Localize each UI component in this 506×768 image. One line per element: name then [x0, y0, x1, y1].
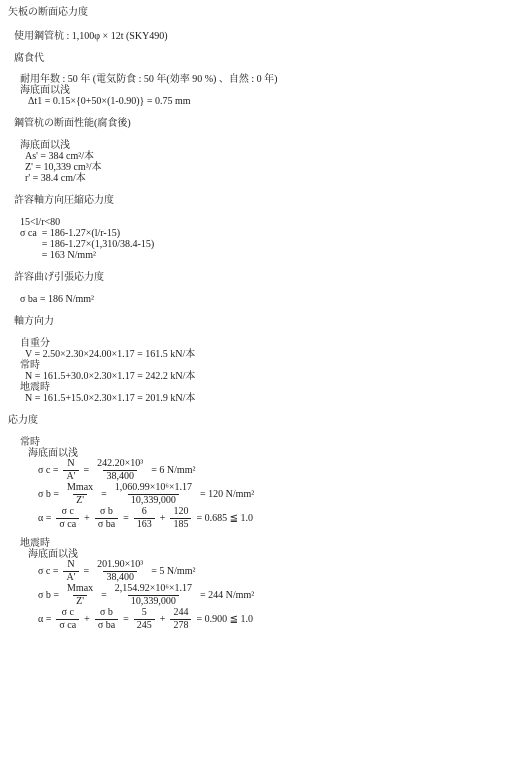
formula-text: +: [160, 614, 166, 625]
axial-force-heading: 軸方向力: [0, 316, 506, 327]
calculation-sheet: 矢板の断面応力度 使用鋼管杭 : 1,100φ × 12t (SKY490) 腐…: [0, 0, 506, 768]
axial-force-selfweight-label: 自重分: [0, 338, 506, 349]
corrosion-heading: 腐食代: [0, 53, 506, 64]
fraction-denominator: A': [63, 571, 78, 583]
fraction: 120185: [170, 507, 191, 530]
fraction-numerator: 6: [139, 507, 150, 518]
sigma-b-formula-ordinary: σ b =MmaxZ'=1,060.99×10⁶×1.1710,339,000=…: [0, 483, 506, 506]
fraction: 201.90×10³38,400: [94, 560, 146, 583]
fraction-denominator: σ ba: [95, 518, 118, 530]
fraction: MmaxZ': [64, 584, 96, 607]
formula-text: +: [160, 513, 166, 524]
fraction-numerator: Mmax: [64, 483, 96, 494]
formula-text: α =: [38, 513, 51, 524]
formula-text: σ c =: [38, 566, 58, 577]
sigma-ba-line: σ ba = 186 N/mm²: [0, 294, 506, 305]
fraction-denominator: 38,400: [103, 571, 137, 583]
corrosion-formula: Δt1 = 0.15×{0+50×(1-0.90)} = 0.75 mm: [0, 96, 506, 107]
formula-text: +: [84, 614, 90, 625]
sigma-ca-line-2: = 186-1.27×(1,310/38.4-15): [42, 239, 154, 250]
formula-text: = 5 N/mm²: [151, 566, 195, 577]
fraction: MmaxZ': [64, 483, 96, 506]
formula-text: = 0.685 ≦ 1.0: [196, 513, 253, 524]
fraction: σ cσ ca: [56, 507, 79, 530]
fraction-denominator: Z': [73, 494, 87, 506]
fraction-denominator: 38,400: [103, 470, 137, 482]
fraction-denominator: 163: [134, 518, 155, 530]
formula-text: = 6 N/mm²: [151, 465, 195, 476]
sigma-c-formula-ordinary: σ c =NA'=242.20×10³38,400= 6 N/mm²: [0, 459, 506, 482]
formula-text: = 244 N/mm²: [200, 590, 254, 601]
sigma-ca-line-3: = 163 N/mm²: [42, 250, 154, 261]
formula-text: =: [84, 566, 90, 577]
fraction-denominator: 245: [134, 619, 155, 631]
corrosion-zone-label: 海底面以浅: [0, 85, 506, 96]
sigma-b-formula-seismic: σ b =MmaxZ'=2,154.92×10⁶×1.1710,339,000=…: [0, 584, 506, 607]
fraction-numerator: σ b: [97, 608, 116, 619]
fraction-denominator: σ ca: [56, 619, 79, 631]
formula-text: =: [123, 513, 129, 524]
formula-text: = 120 N/mm²: [200, 489, 254, 500]
sigma-ca-line-1: = 186-1.27×(l/r-15): [42, 228, 154, 239]
formula-text: =: [101, 590, 107, 601]
stress-heading: 応力度: [0, 415, 506, 426]
fraction: 1,060.99×10⁶×1.1710,339,000: [112, 483, 195, 506]
fraction-numerator: σ b: [97, 507, 116, 518]
formula-text: = 0.900 ≦ 1.0: [196, 614, 253, 625]
axial-force-selfweight-formula: V = 2.50×2.30×24.00×1.17 = 161.5 kN/本: [0, 349, 506, 360]
fraction-denominator: 278: [170, 619, 191, 631]
fraction-numerator: 1,060.99×10⁶×1.17: [112, 483, 195, 494]
alpha-check-formula-ordinary: α =σ cσ ca+σ bσ ba=6163+120185= 0.685 ≦ …: [0, 507, 506, 530]
formula-text: α =: [38, 614, 51, 625]
axial-force-seismic-label: 地震時: [0, 382, 506, 393]
fraction: σ cσ ca: [56, 608, 79, 631]
fraction-numerator: 201.90×10³: [94, 560, 146, 571]
formula-text: +: [84, 513, 90, 524]
fraction-denominator: Z': [73, 595, 87, 607]
fraction: NA': [63, 459, 78, 482]
stress-case-ordinary-label: 常時: [0, 437, 506, 448]
fraction: NA': [63, 560, 78, 583]
axial-force-seismic-formula: N = 161.5+15.0×2.30×1.17 = 201.9 kN/本: [0, 393, 506, 404]
allowable-axial-compression-heading: 許容軸方向圧縮応力度: [0, 195, 506, 206]
fraction-numerator: 242.20×10³: [94, 459, 146, 470]
service-life-line: 耐用年数 : 50 年 (電気防食 : 50 年(効率 90 %) 、自然 : …: [0, 74, 506, 85]
slenderness-range-line: 15<l/r<80: [0, 217, 506, 228]
fraction-numerator: 2,154.92×10⁶×1.17: [112, 584, 195, 595]
section-property-As: As' = 384 cm²/本: [0, 151, 506, 162]
fraction-numerator: N: [64, 459, 77, 470]
allowable-bending-tension-heading: 許容曲げ引張応力度: [0, 272, 506, 283]
fraction-numerator: 120: [170, 507, 191, 518]
formula-text: σ b =: [38, 590, 59, 601]
fraction-denominator: A': [63, 470, 78, 482]
formula-text: σ c =: [38, 465, 58, 476]
fraction-denominator: 10,339,000: [128, 595, 179, 607]
fraction: 5245: [134, 608, 155, 631]
section-property-r: r' = 38.4 cm/本: [0, 173, 506, 184]
fraction-denominator: 185: [170, 518, 191, 530]
alpha-check-formula-seismic: α =σ cσ ca+σ bσ ba=5245+244278= 0.900 ≦ …: [0, 608, 506, 631]
fraction-numerator: 5: [139, 608, 150, 619]
sigma-ca-equation-lines: = 186-1.27×(l/r-15) = 186-1.27×(1,310/38…: [42, 228, 154, 261]
stress-case-seismic-label: 地震時: [0, 538, 506, 549]
fraction: 242.20×10³38,400: [94, 459, 146, 482]
formula-text: =: [84, 465, 90, 476]
section-properties-zone-label: 海底面以浅: [0, 140, 506, 151]
formula-text: =: [101, 489, 107, 500]
fraction: 2,154.92×10⁶×1.1710,339,000: [112, 584, 195, 607]
sigma-ca-equation: σ ca = 186-1.27×(l/r-15) = 186-1.27×(1,3…: [0, 228, 506, 261]
formula-text: =: [123, 614, 129, 625]
fraction-numerator: 244: [170, 608, 191, 619]
fraction-denominator: σ ca: [56, 518, 79, 530]
sigma-c-formula-seismic: σ c =NA'=201.90×10³38,400= 5 N/mm²: [0, 560, 506, 583]
formula-text: σ b =: [38, 489, 59, 500]
fraction-denominator: σ ba: [95, 619, 118, 631]
sigma-ca-label: σ ca: [20, 228, 37, 261]
fraction: σ bσ ba: [95, 507, 118, 530]
stress-case-ordinary-zone: 海底面以浅: [0, 448, 506, 459]
stress-case-seismic-zone: 海底面以浅: [0, 549, 506, 560]
pile-spec-line: 使用鋼管杭 : 1,100φ × 12t (SKY490): [0, 31, 506, 42]
section-property-Z: Z' = 10,339 cm³/本: [0, 162, 506, 173]
axial-force-ordinary-label: 常時: [0, 360, 506, 371]
fraction-numerator: N: [64, 560, 77, 571]
fraction-denominator: 10,339,000: [128, 494, 179, 506]
fraction-numerator: σ c: [59, 507, 77, 518]
fraction-numerator: Mmax: [64, 584, 96, 595]
page-title: 矢板の断面応力度: [0, 7, 506, 18]
section-properties-heading: 鋼管杭の断面性能(腐食後): [0, 118, 506, 129]
fraction: σ bσ ba: [95, 608, 118, 631]
fraction: 6163: [134, 507, 155, 530]
fraction: 244278: [170, 608, 191, 631]
axial-force-ordinary-formula: N = 161.5+30.0×2.30×1.17 = 242.2 kN/本: [0, 371, 506, 382]
fraction-numerator: σ c: [59, 608, 77, 619]
